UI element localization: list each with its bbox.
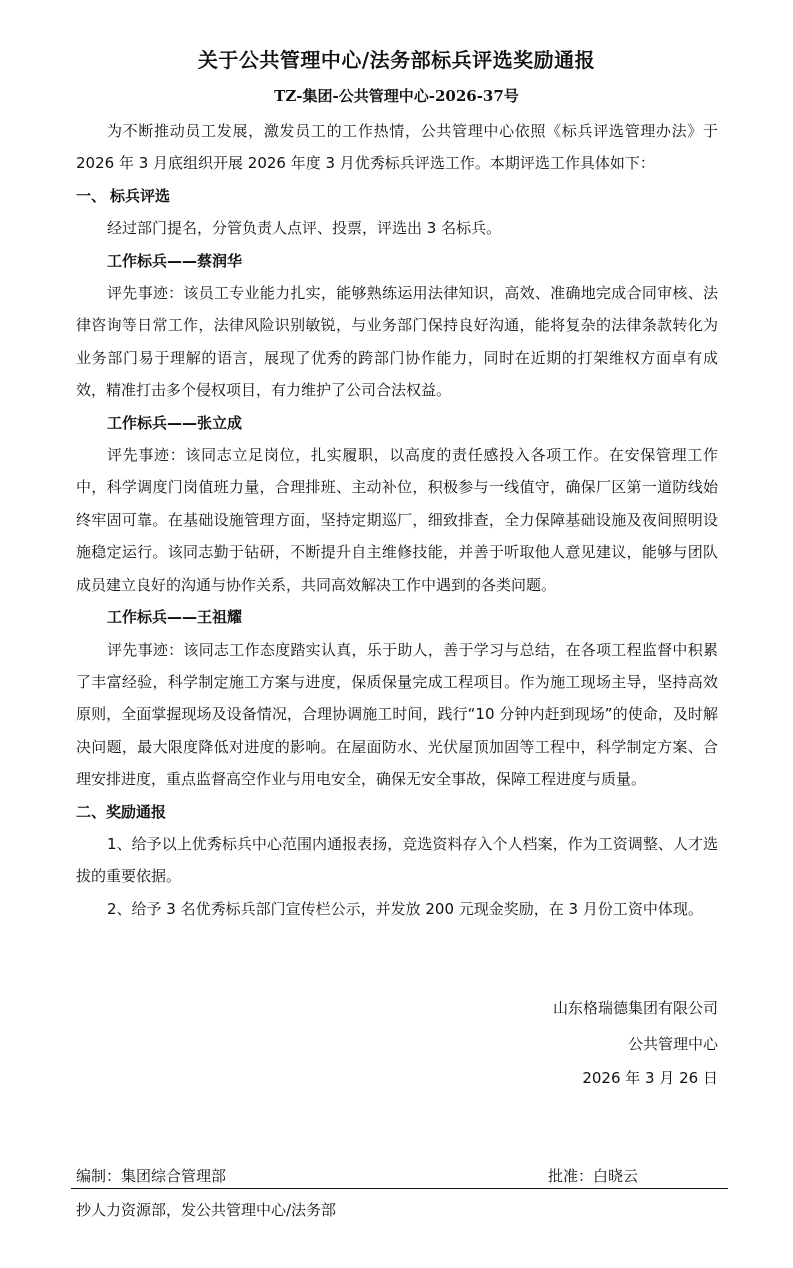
signature-date: 2026 年 3 月 26 日 [582, 1066, 718, 1090]
footer-divider [71, 1188, 728, 1189]
awardee-text-3: 评先事迹：该同志工作态度踏实认真，乐于助人，善于学习与总结，在各项工程监督中积累… [76, 634, 718, 796]
reward-item-1: 1、给予以上优秀标兵中心范围内通报表扬，竞选资料存入个人档案，作为工资调整、人才… [76, 828, 718, 893]
section-heading-reward: 二、奖励通报 [76, 796, 718, 828]
awardee-heading-2: 工作标兵——张立成 [76, 407, 718, 439]
document-number: TZ-集团-公共管理中心-2026-37号 [0, 84, 793, 108]
awardee-heading-1: 工作标兵——蔡润华 [76, 245, 718, 277]
signature-company: 山东格瑞德集团有限公司 [553, 996, 718, 1020]
awardee-text-2: 评先事迹：该同志立足岗位，扎实履职，以高度的责任感投入各项工作。在安保管理工作中… [76, 439, 718, 601]
approved-by: 批准：白晓云 [548, 1166, 638, 1186]
reward-item-2: 2、给予 3 名优秀标兵部门宣传栏公示，并发放 200 元现金奖励，在 3 月份… [76, 893, 718, 925]
awardee-text-1: 评先事迹：该员工专业能力扎实，能够熟练运用法律知识，高效、准确地完成合同审核、法… [76, 277, 718, 407]
cc-line: 抄人力资源部，发公共管理中心/法务部 [76, 1200, 336, 1220]
selection-summary: 经过部门提名，分管负责人点评、投票，评选出 3 名标兵。 [76, 212, 718, 244]
section-number: 二、 [76, 803, 106, 821]
section-heading-selection: 一、标兵评选 [76, 180, 718, 212]
section-title: 奖励通报 [106, 803, 166, 821]
section-number: 一、 [76, 180, 110, 212]
footer-row: 编制：集团综合管理部 批准：白晓云 [76, 1166, 728, 1186]
signature-department: 公共管理中心 [628, 1032, 718, 1056]
intro-paragraph: 为不断推动员工发展，激发员工的工作热情，公共管理中心依照《标兵评选管理办法》于 … [76, 115, 718, 180]
section-title: 标兵评选 [110, 187, 170, 205]
document-title: 关于公共管理中心/法务部标兵评选奖励通报 [0, 46, 793, 74]
prepared-by: 编制：集团综合管理部 [76, 1167, 226, 1185]
awardee-heading-3: 工作标兵——王祖耀 [76, 601, 718, 633]
document-body: 为不断推动员工发展，激发员工的工作热情，公共管理中心依照《标兵评选管理办法》于 … [76, 115, 718, 925]
